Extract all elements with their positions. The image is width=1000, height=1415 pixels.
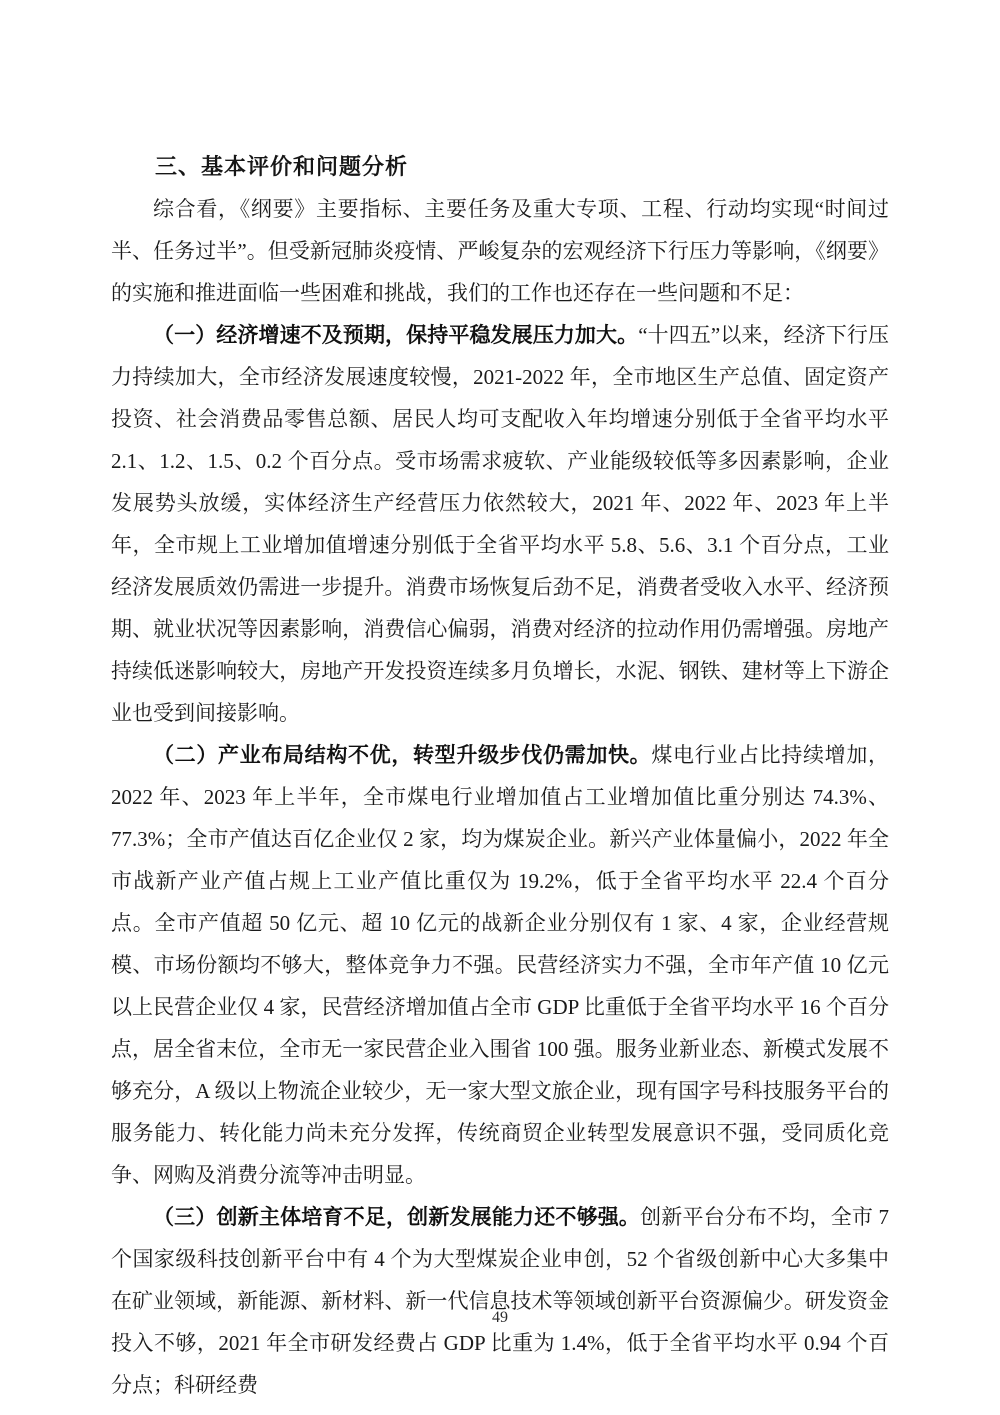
paragraph-lead: （三）创新主体培育不足，创新发展能力还不够强。: [153, 1205, 640, 1229]
paragraph-text: 综合看，《纲要》主要指标、主要任务及重大专项、工程、行动均实现“时间过半、任务过…: [111, 197, 889, 305]
paragraph-intro: 综合看，《纲要》主要指标、主要任务及重大专项、工程、行动均实现“时间过半、任务过…: [111, 188, 889, 314]
paragraph-lead: （一）经济增速不及预期，保持平稳发展压力加大。: [153, 323, 638, 347]
paragraph-issue-2: （二）产业布局结构不优，转型升级步伐仍需加快。煤电行业占比持续增加，2022 年…: [111, 734, 889, 1196]
document-content: 三、基本评价和问题分析 综合看，《纲要》主要指标、主要任务及重大专项、工程、行动…: [111, 146, 889, 1406]
section-heading: 三、基本评价和问题分析: [111, 146, 889, 188]
paragraph-text: “十四五”以来，经济下行压力持续加大，全市经济发展速度较慢，2021-2022 …: [111, 323, 889, 725]
paragraph-issue-3: （三）创新主体培育不足，创新发展能力还不够强。创新平台分布不均，全市 7 个国家…: [111, 1196, 889, 1406]
page-number: 49: [0, 1308, 1000, 1328]
paragraph-lead: （二）产业布局结构不优，转型升级步伐仍需加快。: [153, 743, 651, 767]
document-page: 三、基本评价和问题分析 综合看，《纲要》主要指标、主要任务及重大专项、工程、行动…: [0, 0, 1000, 1415]
paragraph-text: 创新平台分布不均，全市 7 个国家级科技创新平台中有 4 个为大型煤炭企业申创，…: [111, 1205, 889, 1397]
paragraph-text: 煤电行业占比持续增加，2022 年、2023 年上半年，全市煤电行业增加值占工业…: [111, 743, 889, 1187]
paragraph-issue-1: （一）经济增速不及预期，保持平稳发展压力加大。“十四五”以来，经济下行压力持续加…: [111, 314, 889, 734]
